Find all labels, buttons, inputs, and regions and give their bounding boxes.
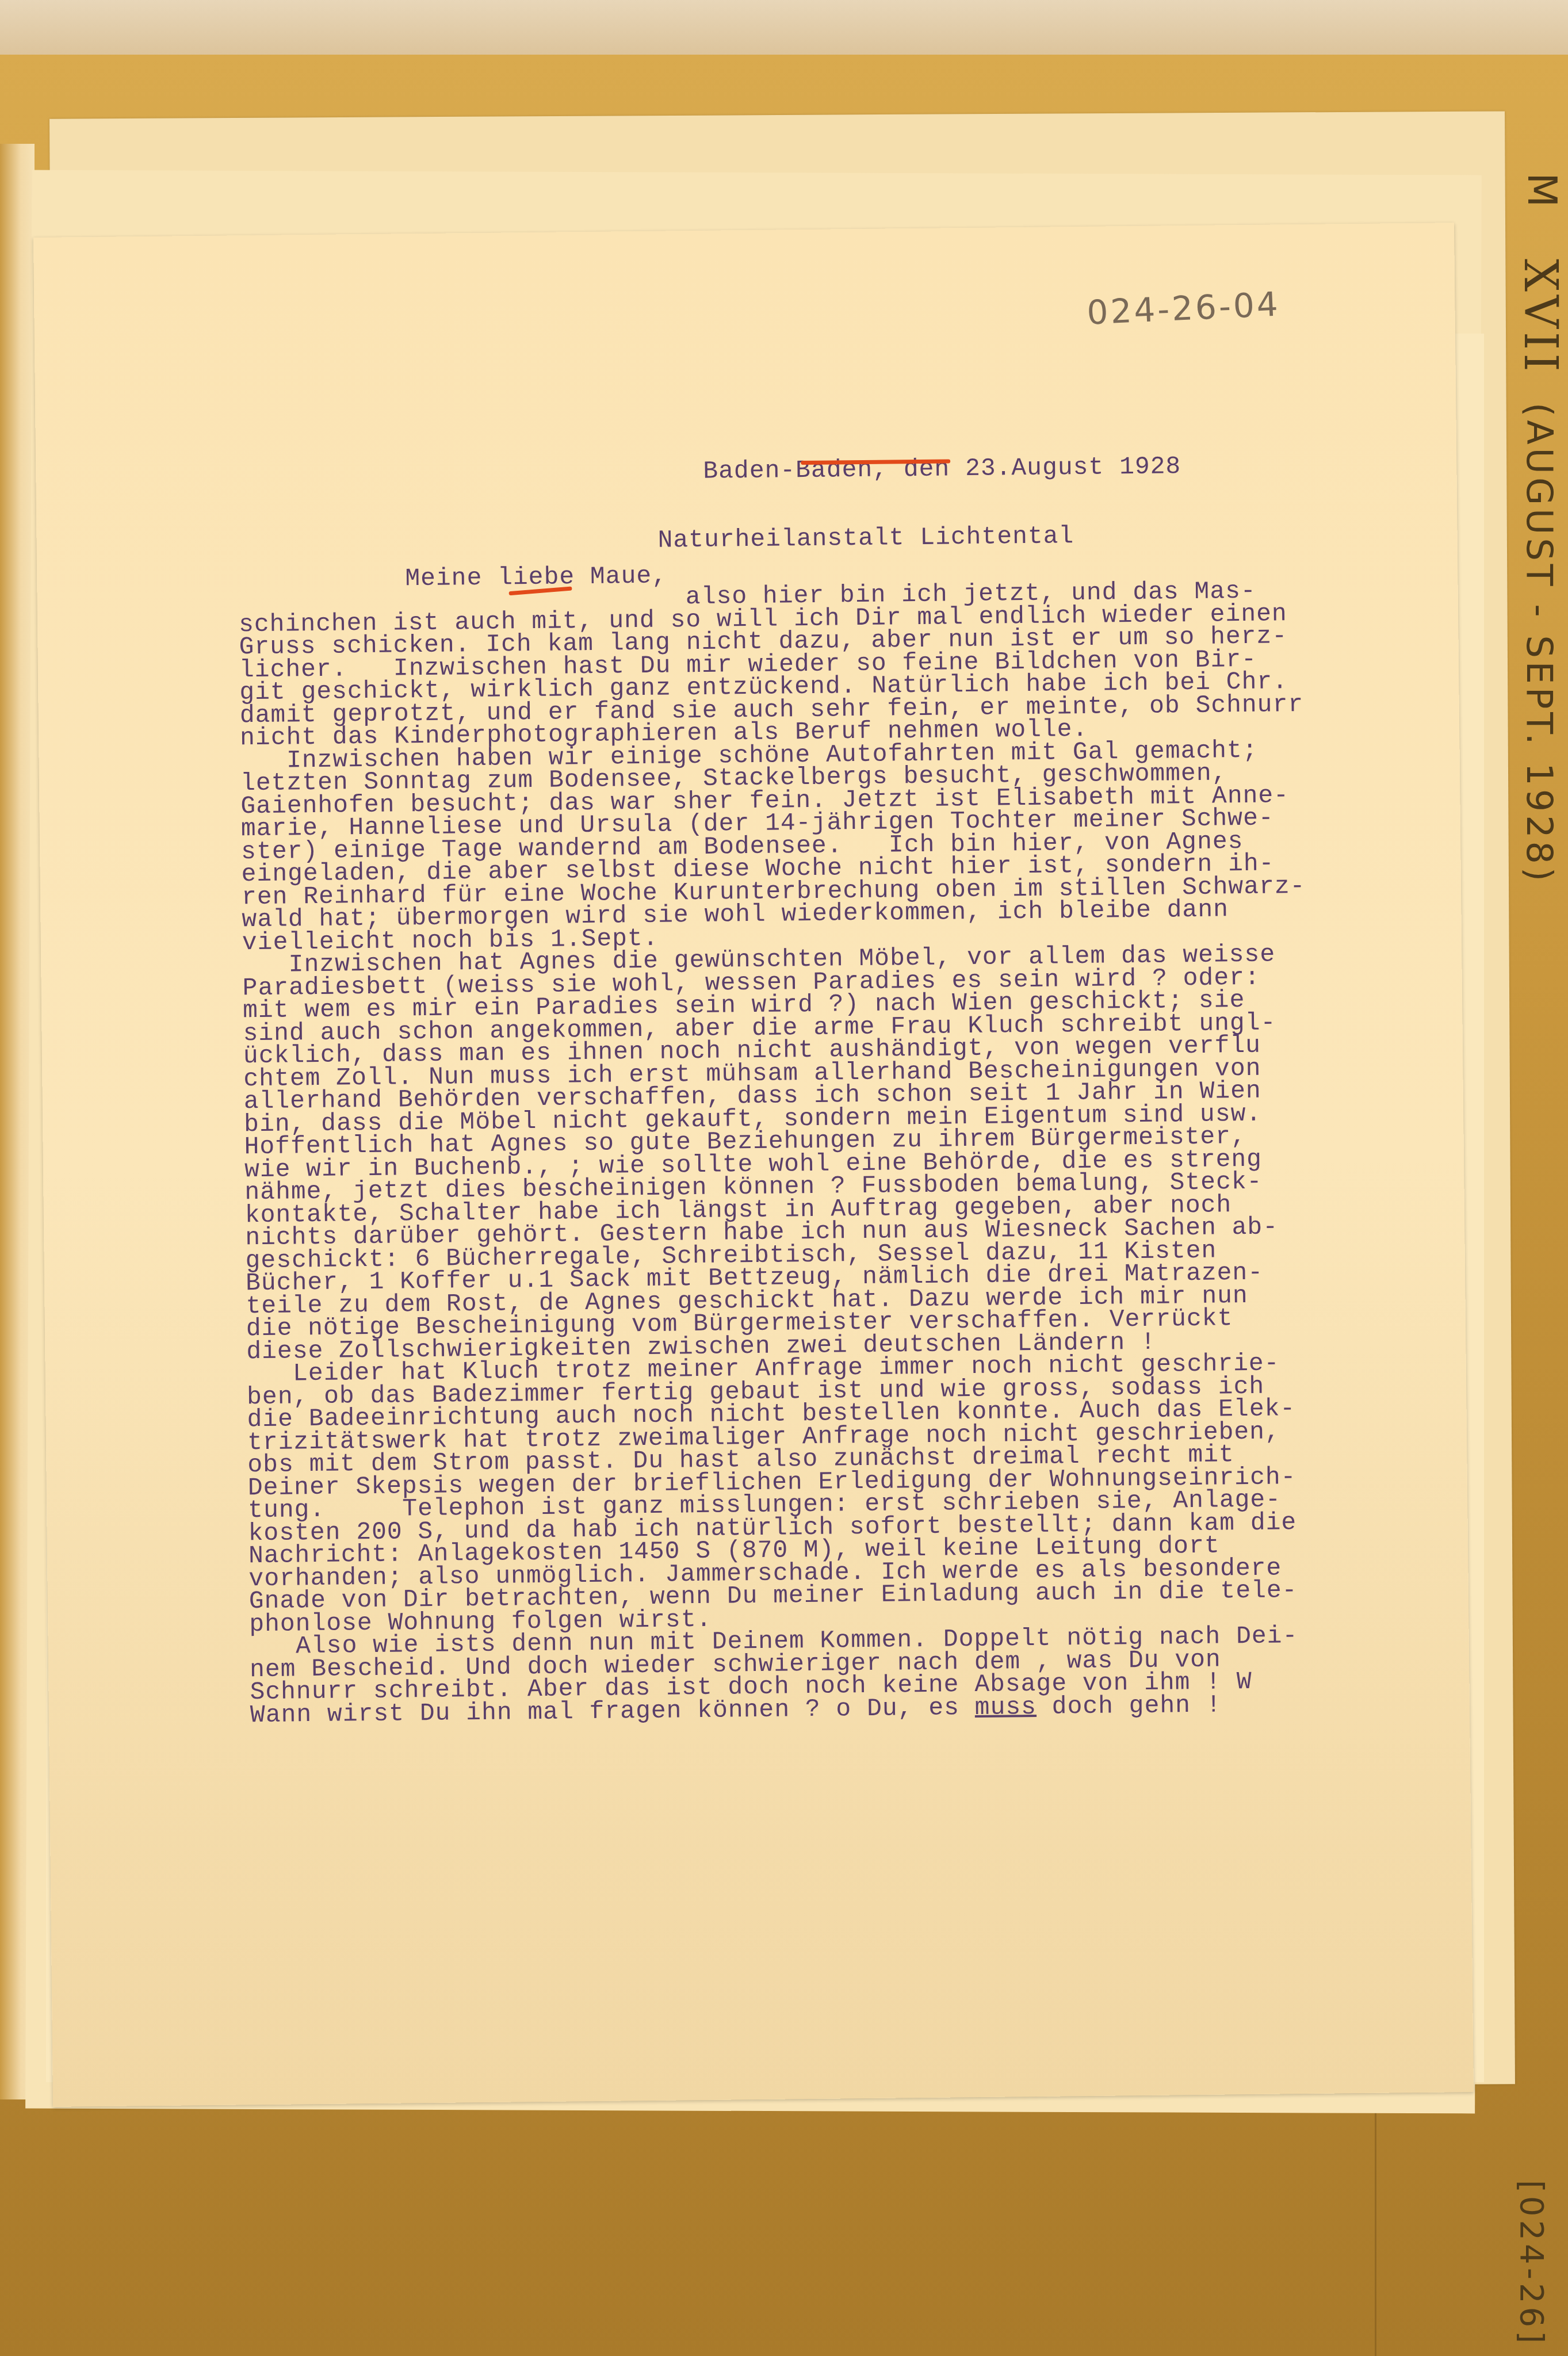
folder-note-date-range: (AUGUST - SEPT. 1928) xyxy=(1519,403,1561,885)
institution: Naturheilanstalt Lichtental xyxy=(657,523,1181,552)
emphasized-word: muss xyxy=(974,1692,1037,1721)
folder-note-letter: M xyxy=(1519,173,1566,211)
archive-number: 024-26-04 xyxy=(1086,285,1281,332)
letter-body: also hier bin ich jetzt, und das Mas-sch… xyxy=(238,579,1314,1726)
folder-note-reference: [024-26] xyxy=(1513,2180,1550,2347)
folder-fold-line xyxy=(1375,2082,1376,2356)
table-surface xyxy=(0,0,1568,58)
folder-note-volume: XVII xyxy=(1514,259,1567,375)
typewritten-letter: 024-26-04 Baden-Baden, den 23.August 192… xyxy=(33,223,1474,2107)
letter-header: Baden-Baden, den 23.August 1928 Naturhei… xyxy=(702,410,1182,596)
